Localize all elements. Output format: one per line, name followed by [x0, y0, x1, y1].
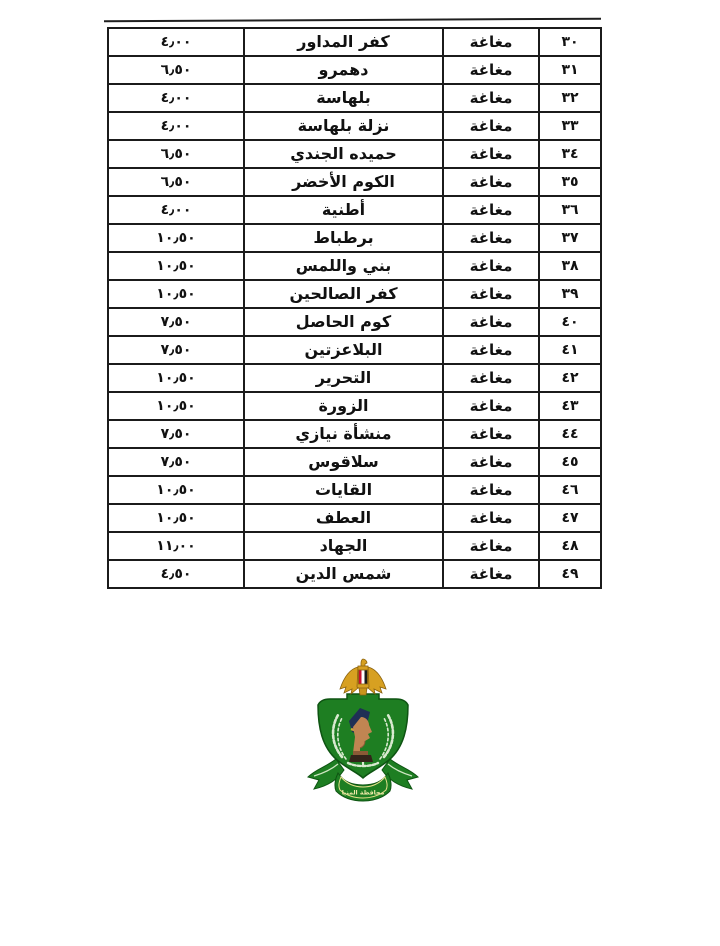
rate-value-cell: ٤٫٠٠	[108, 112, 244, 140]
row-number-cell: ٤٧	[539, 504, 601, 532]
district-cell: مغاغة	[443, 28, 539, 56]
table-row: ٤٤مغاغةمنشأة نيازي٧٫٥٠	[108, 420, 601, 448]
scanned-document-page: { "document": { "type": "scanned-table-p…	[0, 0, 720, 946]
table-row: ٤١مغاغةالبلاعزتين٧٫٥٠	[108, 336, 601, 364]
row-number-cell: ٤٢	[539, 364, 601, 392]
rate-value-cell: ٧٫٥٠	[108, 336, 244, 364]
table-body: ٣٠مغاغةكفر المداور٤٫٠٠٣١مغاغةدهمرو٦٫٥٠٣٢…	[108, 28, 601, 588]
district-cell: مغاغة	[443, 168, 539, 196]
village-name-cell: القايات	[244, 476, 443, 504]
row-number-cell: ٣٣	[539, 112, 601, 140]
district-cell: مغاغة	[443, 532, 539, 560]
row-number-cell: ٣١	[539, 56, 601, 84]
district-cell: مغاغة	[443, 252, 539, 280]
row-number-cell: ٤١	[539, 336, 601, 364]
district-cell: مغاغة	[443, 84, 539, 112]
district-cell: مغاغة	[443, 224, 539, 252]
row-number-cell: ٣٥	[539, 168, 601, 196]
district-cell: مغاغة	[443, 504, 539, 532]
village-name-cell: كفر الصالحين	[244, 280, 443, 308]
district-cell: مغاغة	[443, 280, 539, 308]
district-cell: مغاغة	[443, 308, 539, 336]
district-cell: مغاغة	[443, 336, 539, 364]
table-row: ٣٢مغاغةبلهاسة٤٫٠٠	[108, 84, 601, 112]
district-cell: مغاغة	[443, 140, 539, 168]
village-name-cell: الجهاد	[244, 532, 443, 560]
eagle-icon	[340, 659, 386, 695]
table-row: ٣٨مغاغةبني واللمس١٠٫٥٠	[108, 252, 601, 280]
table-row: ٤٣مغاغةالزورة١٠٫٥٠	[108, 392, 601, 420]
district-cell: مغاغة	[443, 560, 539, 588]
village-name-cell: بلهاسة	[244, 84, 443, 112]
table-row: ٤٨مغاغةالجهاد١١٫٠٠	[108, 532, 601, 560]
village-name-cell: التحرير	[244, 364, 443, 392]
village-name-cell: كفر المداور	[244, 28, 443, 56]
rate-value-cell: ١١٫٠٠	[108, 532, 244, 560]
table-row: ٣٦مغاغةأطنية٤٫٠٠	[108, 196, 601, 224]
village-name-cell: العطف	[244, 504, 443, 532]
rate-value-cell: ٧٫٥٠	[108, 420, 244, 448]
village-name-cell: سلاقوس	[244, 448, 443, 476]
row-number-cell: ٣٢	[539, 84, 601, 112]
district-cell: مغاغة	[443, 476, 539, 504]
table-row: ٣٩مغاغةكفر الصالحين١٠٫٥٠	[108, 280, 601, 308]
row-number-cell: ٣٦	[539, 196, 601, 224]
eagle-flag-shield-icon	[359, 670, 368, 684]
rates-table: ٣٠مغاغةكفر المداور٤٫٠٠٣١مغاغةدهمرو٦٫٥٠٣٢…	[107, 27, 602, 589]
table-row: ٤٧مغاغةالعطف١٠٫٥٠	[108, 504, 601, 532]
district-cell: مغاغة	[443, 448, 539, 476]
village-name-cell: البلاعزتين	[244, 336, 443, 364]
village-name-cell: حميده الجندي	[244, 140, 443, 168]
table-row: ٣٣مغاغةنزلة بلهاسة٤٫٠٠	[108, 112, 601, 140]
table-row: ٤٥مغاغةسلاقوس٧٫٥٠	[108, 448, 601, 476]
minya-governorate-emblem: محافظة المنيا	[302, 657, 424, 803]
village-name-cell: الزورة	[244, 392, 443, 420]
village-name-cell: كوم الحاصل	[244, 308, 443, 336]
row-number-cell: ٤٦	[539, 476, 601, 504]
table-row: ٣٠مغاغةكفر المداور٤٫٠٠	[108, 28, 601, 56]
row-number-cell: ٣٤	[539, 140, 601, 168]
village-name-cell: بني واللمس	[244, 252, 443, 280]
table-row: ٤٠مغاغةكوم الحاصل٧٫٥٠	[108, 308, 601, 336]
row-number-cell: ٣٧	[539, 224, 601, 252]
table-row: ٤٢مغاغةالتحرير١٠٫٥٠	[108, 364, 601, 392]
rate-value-cell: ٤٫٠٠	[108, 84, 244, 112]
district-cell: مغاغة	[443, 112, 539, 140]
row-number-cell: ٤٥	[539, 448, 601, 476]
rate-value-cell: ٦٫٥٠	[108, 168, 244, 196]
village-name-cell: برطباط	[244, 224, 443, 252]
district-cell: مغاغة	[443, 364, 539, 392]
rate-value-cell: ١٠٫٥٠	[108, 252, 244, 280]
row-number-cell: ٤٩	[539, 560, 601, 588]
village-name-cell: منشأة نيازي	[244, 420, 443, 448]
village-name-cell: دهمرو	[244, 56, 443, 84]
rate-value-cell: ٤٫٠٠	[108, 196, 244, 224]
rate-value-cell: ١٠٫٥٠	[108, 364, 244, 392]
row-number-cell: ٤٤	[539, 420, 601, 448]
banner-text: محافظة المنيا	[342, 790, 385, 797]
village-name-cell: نزلة بلهاسة	[244, 112, 443, 140]
table-row: ٣٧مغاغةبرطباط١٠٫٥٠	[108, 224, 601, 252]
district-cell: مغاغة	[443, 196, 539, 224]
table-row: ٣١مغاغةدهمرو٦٫٥٠	[108, 56, 601, 84]
rate-value-cell: ٧٫٥٠	[108, 308, 244, 336]
rate-value-cell: ١٠٫٥٠	[108, 504, 244, 532]
table-row: ٤٩مغاغةشمس الدين٤٫٥٠	[108, 560, 601, 588]
row-number-cell: ٣٠	[539, 28, 601, 56]
table-row: ٣٤مغاغةحميده الجندي٦٫٥٠	[108, 140, 601, 168]
rate-value-cell: ٦٫٥٠	[108, 56, 244, 84]
table-row: ٤٦مغاغةالقايات١٠٫٥٠	[108, 476, 601, 504]
table-row: ٣٥مغاغةالكوم الأخضر٦٫٥٠	[108, 168, 601, 196]
row-number-cell: ٤٨	[539, 532, 601, 560]
table-top-rule	[104, 18, 601, 23]
rate-value-cell: ٧٫٥٠	[108, 448, 244, 476]
rate-value-cell: ٦٫٥٠	[108, 140, 244, 168]
village-name-cell: أطنية	[244, 196, 443, 224]
rate-value-cell: ١٠٫٥٠	[108, 476, 244, 504]
rate-value-cell: ١٠٫٥٠	[108, 280, 244, 308]
rate-value-cell: ٤٫٥٠	[108, 560, 244, 588]
row-number-cell: ٣٨	[539, 252, 601, 280]
rate-value-cell: ١٠٫٥٠	[108, 392, 244, 420]
district-cell: مغاغة	[443, 392, 539, 420]
district-cell: مغاغة	[443, 56, 539, 84]
village-name-cell: شمس الدين	[244, 560, 443, 588]
rate-value-cell: ١٠٫٥٠	[108, 224, 244, 252]
district-cell: مغاغة	[443, 420, 539, 448]
row-number-cell: ٣٩	[539, 280, 601, 308]
rate-value-cell: ٤٫٠٠	[108, 28, 244, 56]
village-name-cell: الكوم الأخضر	[244, 168, 443, 196]
row-number-cell: ٤٣	[539, 392, 601, 420]
row-number-cell: ٤٠	[539, 308, 601, 336]
